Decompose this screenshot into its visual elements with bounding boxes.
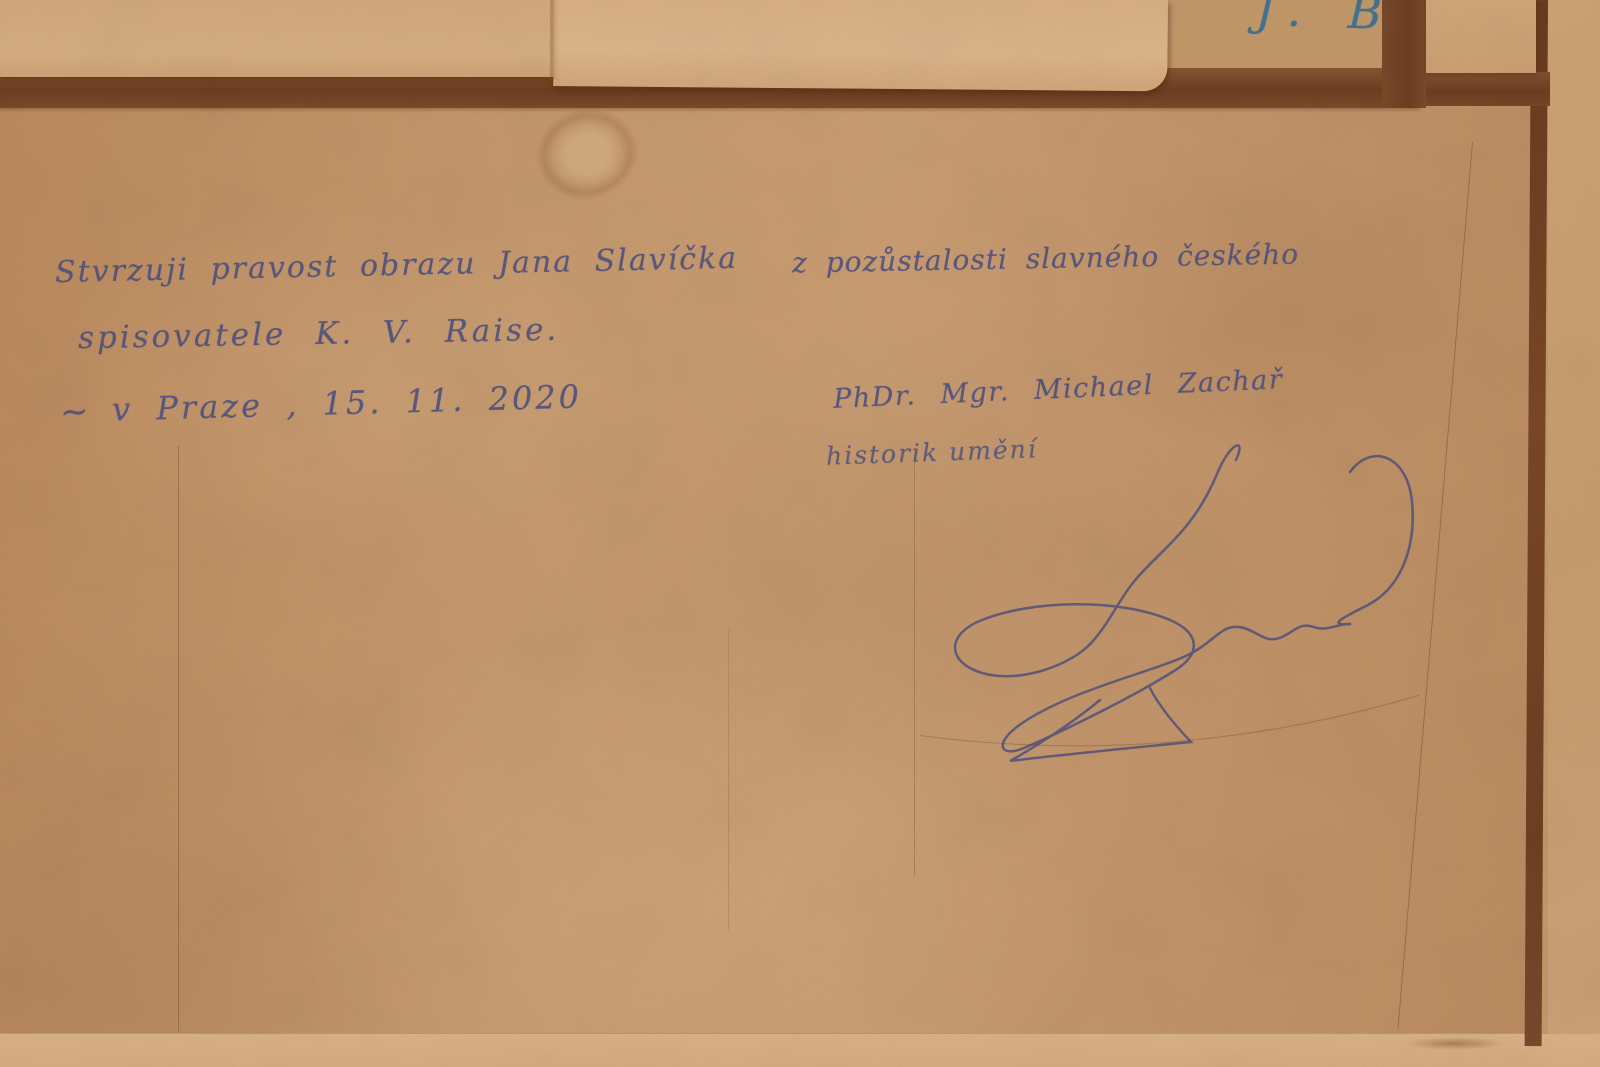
top-paper-middle [553, 0, 1168, 91]
photo-painting-back: Stvrzuji pravost obrazu Jana Slavíčka z … [0, 0, 1600, 1067]
top-paper-left [0, 0, 562, 77]
right-mat-board [1548, 0, 1600, 1034]
crease-line-left [178, 446, 179, 1032]
scuff-mark [1396, 1036, 1512, 1051]
top-paper-right [1426, 0, 1536, 73]
crease-line-faint [728, 630, 729, 930]
paper-seam-shadow [550, 0, 559, 80]
signature-flourish [920, 430, 1420, 770]
crease-line-middle [914, 452, 915, 876]
inscription-line3-mark: ~ [59, 391, 90, 433]
bottom-mat-strip [0, 1033, 1600, 1067]
blue-crayon-corner-mark: J. B [1255, 0, 1399, 40]
